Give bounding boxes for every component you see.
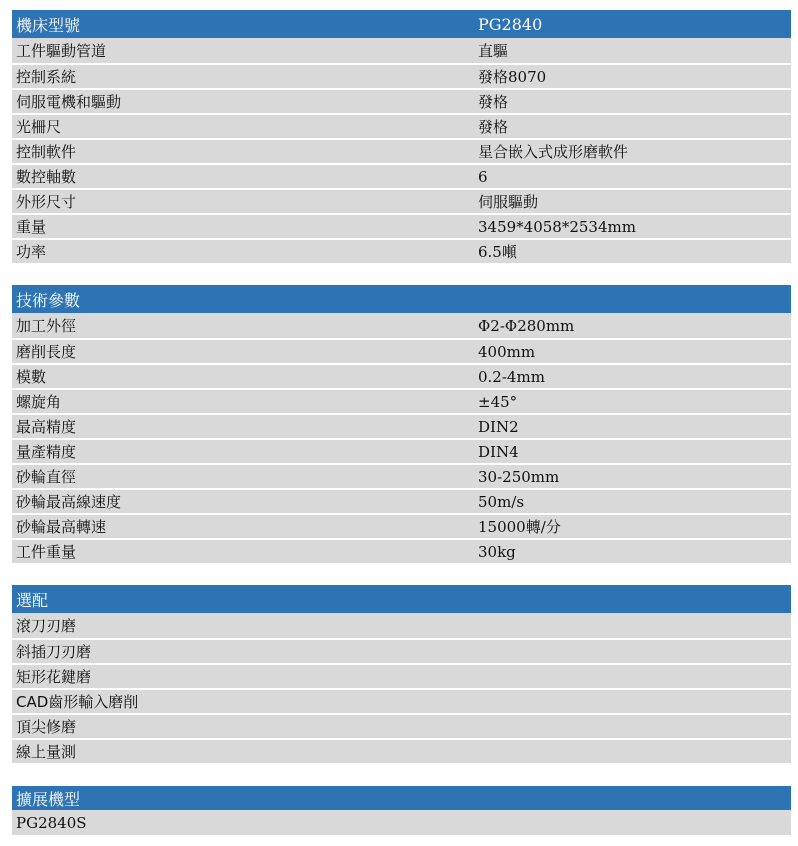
table-row: 模數0.2-4mm <box>12 363 791 388</box>
row-label: 量產精度 <box>12 441 472 462</box>
technical-params-table: 技術參數 加工外徑Φ2-Φ280mm 磨削長度400mm 模數0.2-4mm 螺… <box>12 285 791 563</box>
table-row: 控制系統發格8070 <box>12 63 791 88</box>
row-value: 6 <box>472 168 791 186</box>
row-label: 加工外徑 <box>12 315 472 336</box>
row-label: 工件重量 <box>12 541 472 562</box>
table-row: 加工外徑Φ2-Φ280mm <box>12 313 791 338</box>
extended-models-header: 擴展機型 <box>12 786 791 810</box>
option-label: 滾刀刃磨 <box>12 615 76 636</box>
row-value: 0.2-4mm <box>472 368 791 386</box>
row-label: 砂輪最高轉速 <box>12 516 472 537</box>
table-row: 砂輪最高轉速15000轉/分 <box>12 513 791 538</box>
row-value: DIN2 <box>472 418 791 436</box>
row-value: 3459*4058*2534mm <box>472 218 791 236</box>
table-row: 工件驅動管道直驅 <box>12 38 791 63</box>
table-row: 功率6.5噸 <box>12 238 791 263</box>
row-label: 控制軟件 <box>12 141 472 162</box>
option-label: 線上量測 <box>12 741 76 762</box>
header-value: PG2840 <box>472 15 791 34</box>
technical-params-header: 技術參數 <box>12 285 791 313</box>
table-row: 螺旋角±45° <box>12 388 791 413</box>
table-row: 磨削長度400mm <box>12 338 791 363</box>
machine-model-header: 機床型號 PG2840 <box>12 10 791 38</box>
list-item: 斜插刀刃磨 <box>12 638 791 663</box>
table-row: 砂輪最高線速度50m/s <box>12 488 791 513</box>
header-label: 選配 <box>12 588 48 611</box>
row-label: 控制系統 <box>12 66 472 87</box>
option-label: 矩形花鍵磨 <box>12 666 91 687</box>
header-label: 機床型號 <box>12 13 472 36</box>
table-row: 控制軟件星合嵌入式成形磨軟件 <box>12 138 791 163</box>
row-label: 光柵尺 <box>12 116 472 137</box>
row-label: 砂輪直徑 <box>12 466 472 487</box>
table-row: 光柵尺發格 <box>12 113 791 138</box>
list-item: 矩形花鍵磨 <box>12 663 791 688</box>
row-value: 星合嵌入式成形磨軟件 <box>472 141 791 162</box>
row-label: 數控軸數 <box>12 166 472 187</box>
row-label: 螺旋角 <box>12 391 472 412</box>
list-item: PG2840S <box>12 810 791 835</box>
row-label: 外形尺寸 <box>12 191 472 212</box>
row-value: 發格8070 <box>472 66 791 87</box>
table-row: 砂輪直徑30-250mm <box>12 463 791 488</box>
list-item: 頂尖修磨 <box>12 713 791 738</box>
table-row: 最高精度DIN2 <box>12 413 791 438</box>
row-label: 磨削長度 <box>12 341 472 362</box>
row-value: DIN4 <box>472 443 791 461</box>
row-label: 模數 <box>12 366 472 387</box>
row-label: 伺服電機和驅動 <box>12 91 472 112</box>
table-row: 數控軸數6 <box>12 163 791 188</box>
table-row: 工件重量30kg <box>12 538 791 563</box>
list-item: 線上量測 <box>12 738 791 763</box>
table-row: 伺服電機和驅動發格 <box>12 88 791 113</box>
row-value: ±45° <box>472 393 791 411</box>
table-row: 外形尺寸伺服驅動 <box>12 188 791 213</box>
list-item: CAD齒形輸入磨削 <box>12 688 791 713</box>
header-label: 技術參數 <box>12 288 472 311</box>
row-value: 發格 <box>472 116 791 137</box>
option-label: 頂尖修磨 <box>12 716 76 737</box>
table-row: 量產精度DIN4 <box>12 438 791 463</box>
table-row: 重量3459*4058*2534mm <box>12 213 791 238</box>
options-header: 選配 <box>12 585 791 613</box>
row-value: 30-250mm <box>472 468 791 486</box>
row-value: 400mm <box>472 343 791 361</box>
model-label: PG2840S <box>12 814 87 832</box>
row-label: 重量 <box>12 216 472 237</box>
row-label: 工件驅動管道 <box>12 40 472 61</box>
row-label: 功率 <box>12 241 472 262</box>
option-label: 斜插刀刃磨 <box>12 641 91 662</box>
extended-models-table: 擴展機型 PG2840S <box>12 786 791 835</box>
list-item: 滾刀刃磨 <box>12 613 791 638</box>
option-label: CAD齒形輸入磨削 <box>12 691 138 712</box>
row-value: 6.5噸 <box>472 241 791 262</box>
row-value: 直驅 <box>472 40 791 61</box>
row-label: 最高精度 <box>12 416 472 437</box>
row-value: Φ2-Φ280mm <box>472 317 791 335</box>
options-table: 選配 滾刀刃磨 斜插刀刃磨 矩形花鍵磨 CAD齒形輸入磨削 頂尖修磨 線上量測 <box>12 585 791 763</box>
row-value: 伺服驅動 <box>472 191 791 212</box>
row-label: 砂輪最高線速度 <box>12 491 472 512</box>
row-value: 發格 <box>472 91 791 112</box>
row-value: 30kg <box>472 543 791 561</box>
row-value: 50m/s <box>472 493 791 511</box>
header-label: 擴展機型 <box>12 787 80 810</box>
machine-spec-table: 機床型號 PG2840 工件驅動管道直驅 控制系統發格8070 伺服電機和驅動發… <box>12 10 791 263</box>
row-value: 15000轉/分 <box>472 516 791 537</box>
